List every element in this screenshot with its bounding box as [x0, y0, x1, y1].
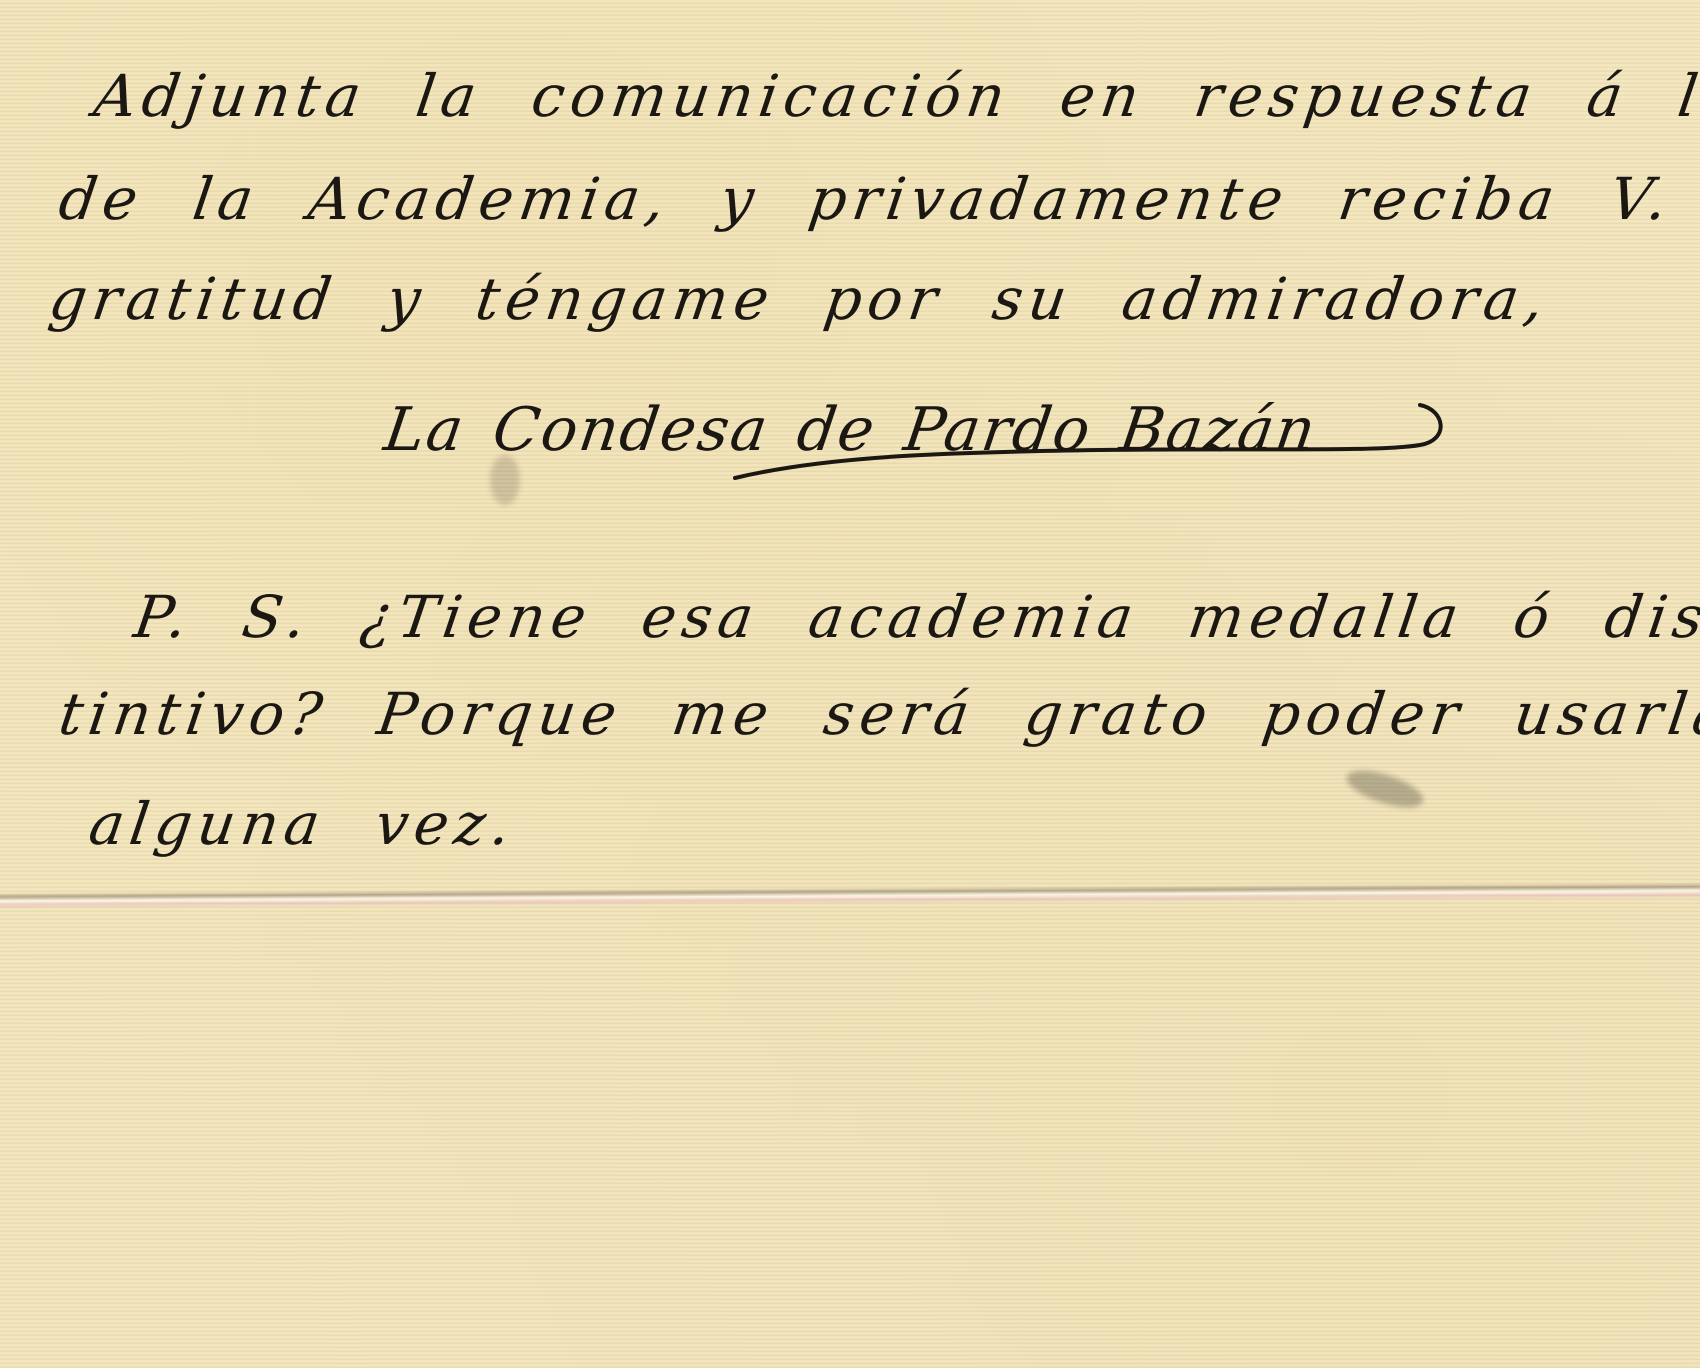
- paper-fold-crease: [0, 883, 1700, 909]
- postscript-line-1: P. S. ¿Tiene esa academia medalla ó dis: [130, 583, 1700, 651]
- postscript-line-2: tintivo? Porque me será grato poder usar…: [55, 680, 1700, 748]
- ink-smudge: [1343, 763, 1428, 814]
- letter-page: Adjunta la comunicación en respuesta á l…: [0, 0, 1700, 1368]
- signature-flourish: [0, 0, 1700, 520]
- ink-smudge: [490, 455, 520, 505]
- postscript-line-3: alguna vez.: [85, 790, 521, 858]
